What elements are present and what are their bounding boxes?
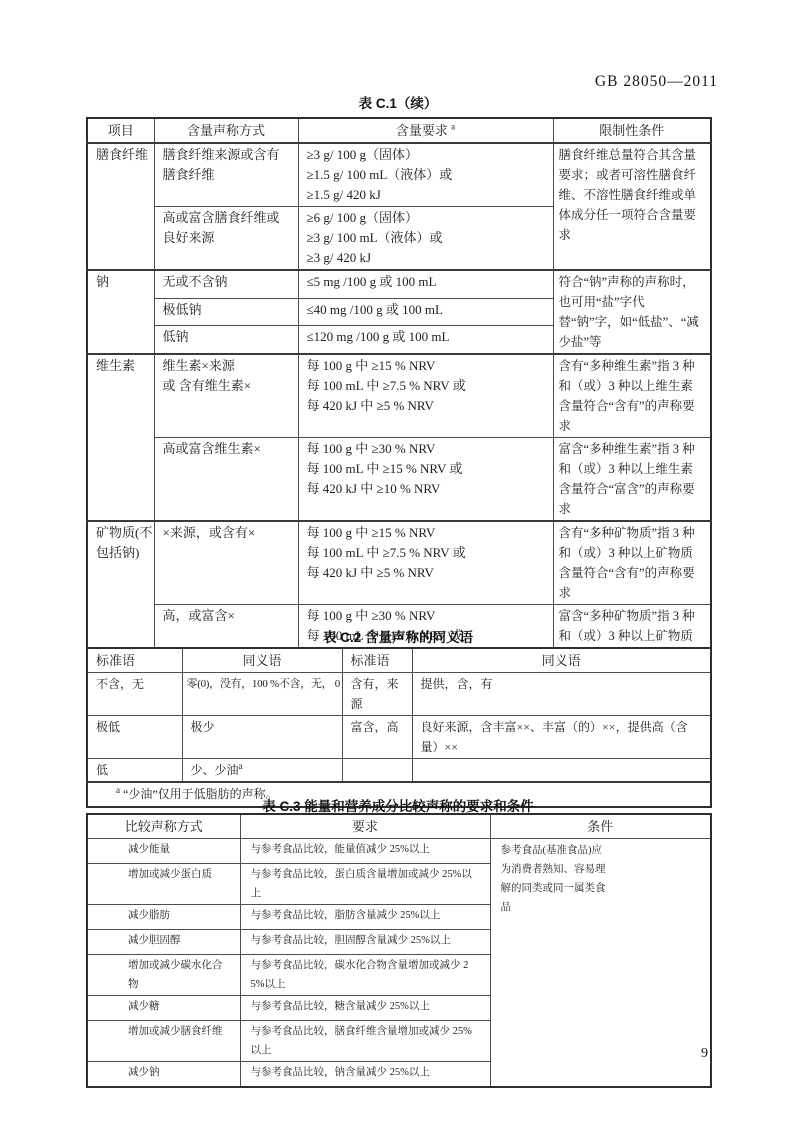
cell-standard-term: 富含，高	[342, 716, 412, 759]
requirement-line: ≥1.5 g/ 420 kJ	[307, 185, 545, 205]
cell-condition: 膳食纤维总量符合其含量要求；或者可溶性膳食纤维、不溶性膳食纤维或单体成分任一项符…	[553, 143, 711, 270]
cell-requirement: ≤40 mg /100 g 或 100 mL	[298, 298, 553, 326]
cell-claim: 减少钠	[87, 1062, 240, 1088]
cell-standard-term	[342, 759, 412, 783]
cell-requirement: 与参考食品比较，膳食纤维含量增加或减少 25%以上	[240, 1021, 490, 1062]
table-row: 膳食纤维 膳食纤维来源或含有 膳食纤维 ≥3 g/ 100 g（固体） ≥1.5…	[87, 143, 711, 207]
claim-line: 膳食纤维来源或含有	[163, 145, 290, 165]
cell-requirement: ≥3 g/ 100 g（固体） ≥1.5 g/ 100 mL（液体）或 ≥1.5…	[298, 143, 553, 207]
item-line: 包括钠)	[96, 543, 152, 563]
footnote-marker: a	[239, 761, 243, 771]
requirement-line: ≤120 mg /100 g 或 100 mL	[307, 327, 545, 347]
table-c1: 项目 含量声称方式 含量要求 a 限制性条件 膳食纤维 膳食纤维来源或含有 膳食…	[86, 117, 712, 714]
cell-claim: 减少能量	[87, 839, 240, 864]
claim-line: 低钠	[163, 327, 290, 347]
cell-claim: 减少脂肪	[87, 905, 240, 930]
claim-line: 良好来源	[163, 228, 290, 248]
table-row: 高或富含维生素× 每 100 g 中 ≥30 % NRV 每 100 mL 中 …	[87, 438, 711, 522]
table-c2: 标准语 同义语 标准语 同义语 不含，无 零(0)，没有，100 %不含，无， …	[86, 647, 712, 808]
cell-standard-term: 含有，来源	[342, 673, 412, 716]
cell-condition: 含有“多种维生素”指 3 种和（或）3 种以上维生素含量符合“含有”的声称要求	[553, 354, 711, 438]
col-header-standard-term: 标准语	[87, 648, 182, 673]
claim-line: 高或富含维生素×	[163, 439, 290, 459]
cell-item: 维生素	[87, 354, 154, 521]
cell-claim: 高或富含维生素×	[154, 438, 298, 522]
cell-claim: 膳食纤维来源或含有 膳食纤维	[154, 143, 298, 207]
cell-standard-term: 极低	[87, 716, 182, 759]
cell-requirement: 每 100 g 中 ≥15 % NRV 每 100 mL 中 ≥7.5 % NR…	[298, 354, 553, 438]
table-c3: 比较声称方式 要求 条件 减少能量 与参考食品比较，能量值减少 25%以上 参考…	[86, 813, 712, 1088]
requirement-line: ≤40 mg /100 g 或 100 mL	[307, 300, 545, 320]
cell-requirement: 与参考食品比较，糖含量减少 25%以上	[240, 996, 490, 1021]
col-header-requirement: 含量要求 a	[298, 118, 553, 143]
table-c3-caption: 表 C.3 能量和营养成分比较声称的要求和条件	[86, 795, 710, 815]
cell-requirement: 与参考食品比较，碳水化合物含量增加或减少 25%以上	[240, 955, 490, 996]
claim-line: 维生素×来源	[163, 356, 290, 376]
cell-requirement: 每 100 g 中 ≥30 % NRV 每 100 mL 中 ≥15 % NRV…	[298, 438, 553, 522]
footnote-marker: a	[451, 122, 455, 132]
table-c1-caption: 表 C.1（续）	[86, 92, 710, 112]
table-row: 矿物质(不 包括钠) ×来源，或含有× 每 100 g 中 ≥15 % NRV …	[87, 521, 711, 605]
requirement-line: ≤5 mg /100 g 或 100 mL	[307, 272, 545, 292]
cell-item: 钠	[87, 270, 154, 354]
cell-claim: 无或不含钠	[154, 270, 298, 298]
cell-claim: 极低钠	[154, 298, 298, 326]
col-header-standard-term: 标准语	[342, 648, 412, 673]
cell-synonym: 极少	[182, 716, 342, 759]
table-row: 不含，无 零(0)，没有，100 %不含，无， 0 % 含有，来源 提供，含，有	[87, 673, 711, 716]
cell-claim: 增加或减少膳食纤维	[87, 1021, 240, 1062]
claim-line: 无或不含钠	[163, 272, 290, 292]
cell-synonym: 良好来源，含丰富××、丰富（的）××，提供高（含量）××	[412, 716, 711, 759]
cell-condition: 符合“钠”声称的声称时，也可用“盐”字代替“钠”字，如“低盐”、“减少盐”等	[553, 270, 711, 354]
cell-claim: 增加或减少碳水化合物	[87, 955, 240, 996]
table-row: 减少能量 与参考食品比较，能量值减少 25%以上 参考食品(基准食品)应为消费者…	[87, 839, 711, 864]
table-header-row: 项目 含量声称方式 含量要求 a 限制性条件	[87, 118, 711, 143]
requirement-line: 每 420 kJ 中 ≥10 % NRV	[307, 479, 545, 499]
cell-synonym: 提供，含，有	[412, 673, 711, 716]
document-page: GB 28050—2011 表 C.1（续） 项目 含量声称方式 含量要求 a …	[0, 0, 794, 1123]
cell-requirement: ≥6 g/ 100 g（固体） ≥3 g/ 100 mL（液体）或 ≥3 g/ …	[298, 207, 553, 271]
cell-condition: 富含“多种维生素”指 3 种和（或）3 种以上维生素含量符合“富含”的声称要求	[553, 438, 711, 522]
cell-claim: 增加或减少蛋白质	[87, 864, 240, 905]
table-header-row: 标准语 同义语 标准语 同义语	[87, 648, 711, 673]
cell-claim: 高或富含膳食纤维或 良好来源	[154, 207, 298, 271]
page-number: 9	[701, 1046, 708, 1062]
cell-claim: ×来源，或含有×	[154, 521, 298, 605]
claim-line: 高或富含膳食纤维或	[163, 208, 290, 228]
table-header-row: 比较声称方式 要求 条件	[87, 814, 711, 839]
cell-requirement: 与参考食品比较，脂肪含量减少 25%以上	[240, 905, 490, 930]
requirement-line: ≥6 g/ 100 g（固体）	[307, 208, 545, 228]
table-row: 维生素 维生素×来源 或 含有维生素× 每 100 g 中 ≥15 % NRV …	[87, 354, 711, 438]
col-header-item: 项目	[87, 118, 154, 143]
cell-standard-term: 不含，无	[87, 673, 182, 716]
requirement-line: 每 100 g 中 ≥30 % NRV	[307, 606, 545, 626]
col-header-synonym: 同义语	[412, 648, 711, 673]
requirement-line: 每 100 g 中 ≥15 % NRV	[307, 356, 545, 376]
cell-condition: 含有“多种矿物质”指 3 种和（或）3 种以上矿物质含量符合“含有”的声称要求	[553, 521, 711, 605]
col-header-condition: 限制性条件	[553, 118, 711, 143]
cell-requirement: 每 100 g 中 ≥15 % NRV 每 100 mL 中 ≥7.5 % NR…	[298, 521, 553, 605]
cell-synonym: 零(0)，没有，100 %不含，无， 0 %	[182, 673, 342, 716]
table-c2-caption: 表 C.2 含量声称的同义语	[86, 626, 710, 646]
requirement-line: 每 100 mL 中 ≥7.5 % NRV 或	[307, 543, 545, 563]
claim-line: 或 含有维生素×	[163, 376, 290, 396]
cell-requirement: 与参考食品比较，蛋白质含量增加或减少 25%以上	[240, 864, 490, 905]
item-line: 矿物质(不	[96, 523, 152, 543]
cell-synonym	[412, 759, 711, 783]
col-header-synonym: 同义语	[182, 648, 342, 673]
cell-requirement: 与参考食品比较，钠含量减少 25%以上	[240, 1062, 490, 1088]
col-header-requirement: 要求	[240, 814, 490, 839]
cell-condition: 参考食品(基准食品)应为消费者熟知、容易理解的同类或同一属类食品	[490, 839, 711, 1088]
col-header-claim-method: 含量声称方式	[154, 118, 298, 143]
cell-standard-term: 低	[87, 759, 182, 783]
claim-line: 极低钠	[163, 300, 290, 320]
cell-requirement: ≤5 mg /100 g 或 100 mL	[298, 270, 553, 298]
table-row: 低 少、少油a	[87, 759, 711, 783]
cell-claim: 低钠	[154, 326, 298, 354]
table-row: 钠 无或不含钠 ≤5 mg /100 g 或 100 mL 符合“钠”声称的声称…	[87, 270, 711, 298]
cell-requirement: 与参考食品比较，胆固醇含量减少 25%以上	[240, 930, 490, 955]
table-row: 极低 极少 富含，高 良好来源，含丰富××、丰富（的）××，提供高（含量）××	[87, 716, 711, 759]
requirement-line: ≥1.5 g/ 100 mL（液体）或	[307, 165, 545, 185]
requirement-line: 每 100 mL 中 ≥15 % NRV 或	[307, 459, 545, 479]
requirement-line: 每 100 g 中 ≥30 % NRV	[307, 439, 545, 459]
standard-number: GB 28050—2011	[595, 73, 718, 91]
claim-line: 膳食纤维	[163, 165, 290, 185]
cell-claim: 减少胆固醇	[87, 930, 240, 955]
requirement-line: 每 100 mL 中 ≥7.5 % NRV 或	[307, 376, 545, 396]
cell-requirement: 与参考食品比较，能量值减少 25%以上	[240, 839, 490, 864]
cell-claim: 维生素×来源 或 含有维生素×	[154, 354, 298, 438]
requirement-line: ≥3 g/ 420 kJ	[307, 248, 545, 268]
requirement-line: 每 420 kJ 中 ≥5 % NRV	[307, 563, 545, 583]
claim-line: ×来源，或含有×	[163, 523, 290, 543]
cell-item: 膳食纤维	[87, 143, 154, 270]
requirement-line: ≥3 g/ 100 g（固体）	[307, 145, 545, 165]
claim-line: 高，或富含×	[163, 606, 290, 626]
col-header-comparison-claim: 比较声称方式	[87, 814, 240, 839]
requirement-line: 每 420 kJ 中 ≥5 % NRV	[307, 396, 545, 416]
cell-synonym: 少、少油a	[182, 759, 342, 783]
requirement-line: 每 100 g 中 ≥15 % NRV	[307, 523, 545, 543]
requirement-line: ≥3 g/ 100 mL（液体）或	[307, 228, 545, 248]
col-header-condition: 条件	[490, 814, 711, 839]
cell-requirement: ≤120 mg /100 g 或 100 mL	[298, 326, 553, 354]
cell-claim: 减少糖	[87, 996, 240, 1021]
